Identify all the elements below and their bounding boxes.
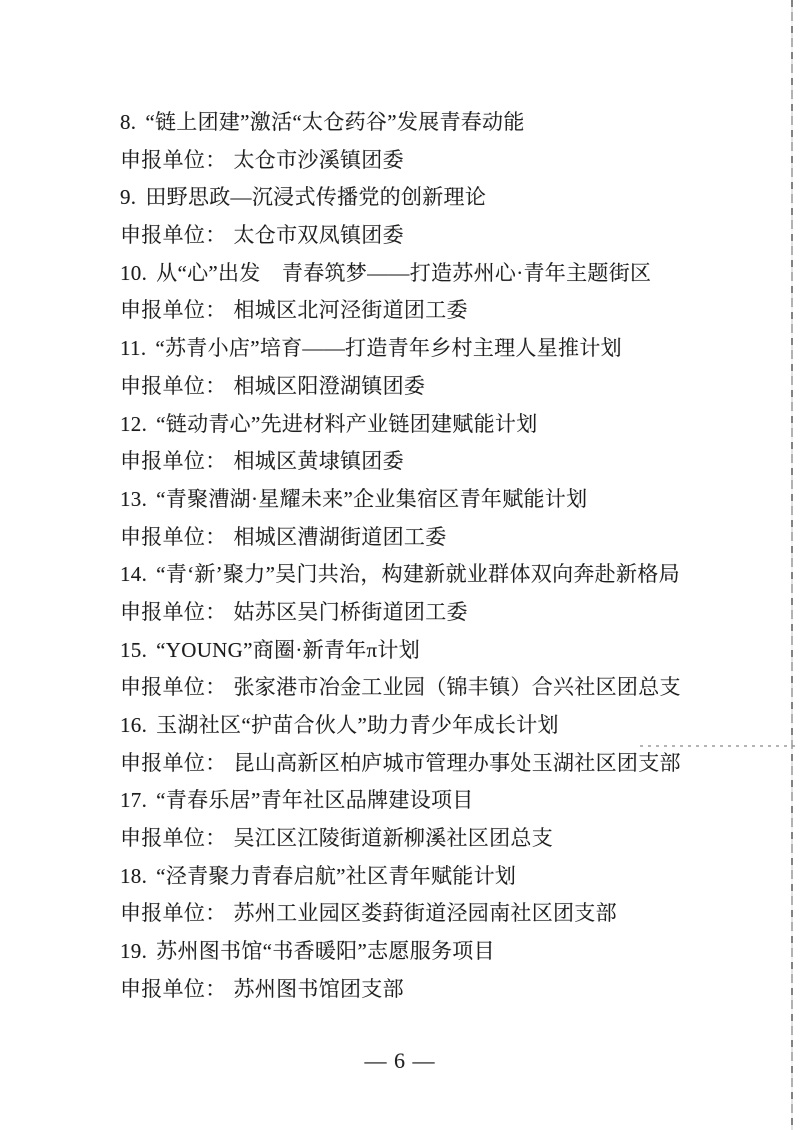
applicant-line: 申报单位：相城区阳澄湖镇团委: [120, 368, 740, 406]
applicant-name: 昆山高新区柏庐城市管理办事处玉湖社区团支部: [234, 751, 681, 775]
project-title-line: 19.苏州图书馆“书香暖阳”志愿服务项目: [120, 933, 740, 971]
project-title: “链动青心”先进材料产业链团建赋能计划: [156, 412, 537, 436]
project-title: “苏青小店”培育——打造青年乡村主理人星推计划: [155, 336, 622, 360]
project-title-line: 12.“链动青心”先进材料产业链团建赋能计划: [120, 406, 740, 444]
project-title: “青聚漕湖·星耀未来”企业集宿区青年赋能计划: [156, 487, 587, 511]
applicant-name: 相城区阳澄湖镇团委: [234, 374, 426, 398]
project-title: “泾青聚力青春启航”社区青年赋能计划: [156, 864, 516, 888]
applicant-line: 申报单位：苏州工业园区娄葑街道泾园南社区团支部: [120, 895, 740, 933]
applicant-label: 申报单位：: [120, 895, 227, 933]
applicant-name: 相城区黄埭镇团委: [234, 449, 404, 473]
applicant-label: 申报单位：: [120, 971, 227, 1009]
applicant-line: 申报单位：相城区漕湖街道团工委: [120, 519, 740, 557]
item-number: 13.: [120, 481, 147, 519]
applicant-label: 申报单位：: [120, 519, 227, 557]
list-item: 11.“苏青小店”培育——打造青年乡村主理人星推计划 申报单位：相城区阳澄湖镇团…: [120, 330, 740, 405]
scan-edge-artifact: [791, 0, 793, 1130]
project-list: 8.“链上团建”激活“太仓药谷”发展青春动能 申报单位：太仓市沙溪镇团委 9.田…: [120, 104, 740, 1009]
project-title-line: 8.“链上团建”激活“太仓药谷”发展青春动能: [120, 104, 740, 142]
applicant-label: 申报单位：: [120, 142, 227, 180]
item-number: 16.: [120, 707, 147, 745]
applicant-line: 申报单位：相城区北河泾街道团工委: [120, 292, 740, 330]
project-title: “青春乐居”青年社区品牌建设项目: [156, 788, 473, 812]
applicant-label: 申报单位：: [120, 368, 227, 406]
item-number: 12.: [120, 406, 147, 444]
project-title-line: 15.“YOUNG”商圈·新青年π计划: [120, 632, 740, 670]
scan-dotted-artifact: [640, 745, 800, 747]
project-title-line: 11.“苏青小店”培育——打造青年乡村主理人星推计划: [120, 330, 740, 368]
applicant-label: 申报单位：: [120, 594, 227, 632]
applicant-name: 太仓市沙溪镇团委: [234, 148, 404, 172]
applicant-name: 张家港市冶金工业园（锦丰镇）合兴社区团总支: [234, 675, 681, 699]
item-number: 18.: [120, 858, 147, 896]
item-number: 17.: [120, 782, 147, 820]
list-item: 13.“青聚漕湖·星耀未来”企业集宿区青年赋能计划 申报单位：相城区漕湖街道团工…: [120, 481, 740, 556]
project-title-line: 13.“青聚漕湖·星耀未来”企业集宿区青年赋能计划: [120, 481, 740, 519]
applicant-name: 太仓市双凤镇团委: [234, 223, 404, 247]
applicant-line: 申报单位：太仓市沙溪镇团委: [120, 142, 740, 180]
project-title-line: 17.“青春乐居”青年社区品牌建设项目: [120, 782, 740, 820]
list-item: 10.从“心”出发 青春筑梦——打造苏州心·青年主题街区 申报单位：相城区北河泾…: [120, 255, 740, 330]
project-title-line: 14.“青‘新’聚力”吴门共治，构建新就业群体双向奔赴新格局: [120, 556, 740, 594]
applicant-label: 申报单位：: [120, 217, 227, 255]
project-title: 田野思政—沉浸式传播党的创新理论: [145, 185, 486, 209]
project-title: “青‘新’聚力”吴门共治，构建新就业群体双向奔赴新格局: [156, 562, 680, 586]
item-number: 19.: [120, 933, 147, 971]
applicant-name: 姑苏区吴门桥街道团工委: [234, 600, 468, 624]
applicant-label: 申报单位：: [120, 292, 227, 330]
page-number: — 6 —: [0, 1048, 800, 1074]
applicant-line: 申报单位：太仓市双凤镇团委: [120, 217, 740, 255]
project-title-line: 16.玉湖社区“护苗合伙人”助力青少年成长计划: [120, 707, 740, 745]
applicant-name: 相城区北河泾街道团工委: [234, 298, 468, 322]
applicant-line: 申报单位：相城区黄埭镇团委: [120, 443, 740, 481]
applicant-line: 申报单位：吴江区江陵街道新柳溪社区团总支: [120, 820, 740, 858]
project-title: “链上团建”激活“太仓药谷”发展青春动能: [145, 110, 524, 134]
document-page: 8.“链上团建”激活“太仓药谷”发展青春动能 申报单位：太仓市沙溪镇团委 9.田…: [0, 0, 800, 1130]
item-number: 11.: [120, 330, 146, 368]
list-item: 15.“YOUNG”商圈·新青年π计划 申报单位：张家港市冶金工业园（锦丰镇）合…: [120, 632, 740, 707]
applicant-label: 申报单位：: [120, 820, 227, 858]
applicant-label: 申报单位：: [120, 745, 227, 783]
list-item: 12.“链动青心”先进材料产业链团建赋能计划 申报单位：相城区黄埭镇团委: [120, 406, 740, 481]
applicant-line: 申报单位：苏州图书馆团支部: [120, 971, 740, 1009]
project-title-line: 10.从“心”出发 青春筑梦——打造苏州心·青年主题街区: [120, 255, 740, 293]
list-item: 17.“青春乐居”青年社区品牌建设项目 申报单位：吴江区江陵街道新柳溪社区团总支: [120, 782, 740, 857]
applicant-line: 申报单位：昆山高新区柏庐城市管理办事处玉湖社区团支部: [120, 745, 740, 783]
list-item: 8.“链上团建”激活“太仓药谷”发展青春动能 申报单位：太仓市沙溪镇团委: [120, 104, 740, 179]
applicant-name: 相城区漕湖街道团工委: [234, 525, 447, 549]
project-title: “YOUNG”商圈·新青年π计划: [156, 638, 420, 662]
applicant-label: 申报单位：: [120, 669, 227, 707]
project-title: 从“心”出发 青春筑梦——打造苏州心·青年主题街区: [156, 261, 651, 285]
project-title: 玉湖社区“护苗合伙人”助力青少年成长计划: [156, 713, 559, 737]
project-title-line: 9.田野思政—沉浸式传播党的创新理论: [120, 179, 740, 217]
item-number: 14.: [120, 556, 147, 594]
item-number: 9.: [120, 179, 136, 217]
applicant-name: 吴江区江陵街道新柳溪社区团总支: [234, 826, 554, 850]
list-item: 9.田野思政—沉浸式传播党的创新理论 申报单位：太仓市双凤镇团委: [120, 179, 740, 254]
item-number: 8.: [120, 104, 136, 142]
project-title: 苏州图书馆“书香暖阳”志愿服务项目: [156, 939, 495, 963]
applicant-line: 申报单位：姑苏区吴门桥街道团工委: [120, 594, 740, 632]
applicant-line: 申报单位：张家港市冶金工业园（锦丰镇）合兴社区团总支: [120, 669, 740, 707]
item-number: 15.: [120, 632, 147, 670]
project-title-line: 18.“泾青聚力青春启航”社区青年赋能计划: [120, 858, 740, 896]
item-number: 10.: [120, 255, 147, 293]
list-item: 19.苏州图书馆“书香暖阳”志愿服务项目 申报单位：苏州图书馆团支部: [120, 933, 740, 1008]
applicant-label: 申报单位：: [120, 443, 227, 481]
applicant-name: 苏州工业园区娄葑街道泾园南社区团支部: [234, 901, 617, 925]
list-item: 18.“泾青聚力青春启航”社区青年赋能计划 申报单位：苏州工业园区娄葑街道泾园南…: [120, 858, 740, 933]
list-item: 14.“青‘新’聚力”吴门共治，构建新就业群体双向奔赴新格局 申报单位：姑苏区吴…: [120, 556, 740, 631]
applicant-name: 苏州图书馆团支部: [234, 977, 404, 1001]
